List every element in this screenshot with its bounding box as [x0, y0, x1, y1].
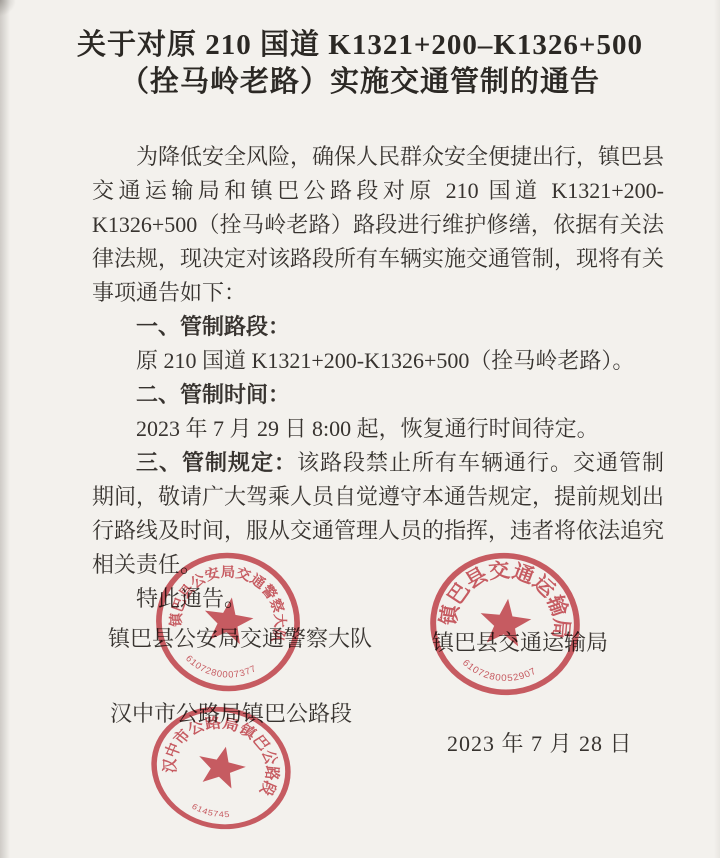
title-line-2: （拴马岭老路）实施交通管制的通告: [40, 64, 680, 101]
star-icon: [477, 596, 533, 648]
notice-document: 关于对原 210 国道 K1321+200–K1326+500 （拴马岭老路）实…: [0, 0, 720, 858]
star-icon: [194, 741, 249, 790]
section-2-text: 2023 年 7 月 29 日 8:00 起，恢复通行时间待定。: [92, 412, 664, 446]
transport-seal: 镇巴县交通运输局 6107280052907: [417, 540, 592, 708]
star-icon: [201, 594, 257, 646]
section-3-heading: 三、管制规定：: [136, 450, 297, 475]
police-seal: 镇巴县公安局交通警察大队 6107280007377: [142, 538, 315, 706]
title-line-1: 关于对原 210 国道 K1321+200–K1326+500: [40, 27, 680, 64]
section-2-heading: 二、管制时间：: [92, 378, 664, 412]
signature-date: 2023 年 7 月 28 日: [447, 727, 633, 758]
page-title: 关于对原 210 国道 K1321+200–K1326+500 （拴马岭老路）实…: [40, 27, 680, 101]
section-1-text: 原 210 国道 K1321+200-K1326+500（拴马岭老路）。: [92, 344, 664, 378]
intro-paragraph: 为降低安全风险，确保人民群众安全便捷出行，镇巴县交通运输局和镇巴公路段对原 21…: [92, 140, 664, 310]
section-1-heading: 一、管制路段：: [92, 310, 664, 344]
